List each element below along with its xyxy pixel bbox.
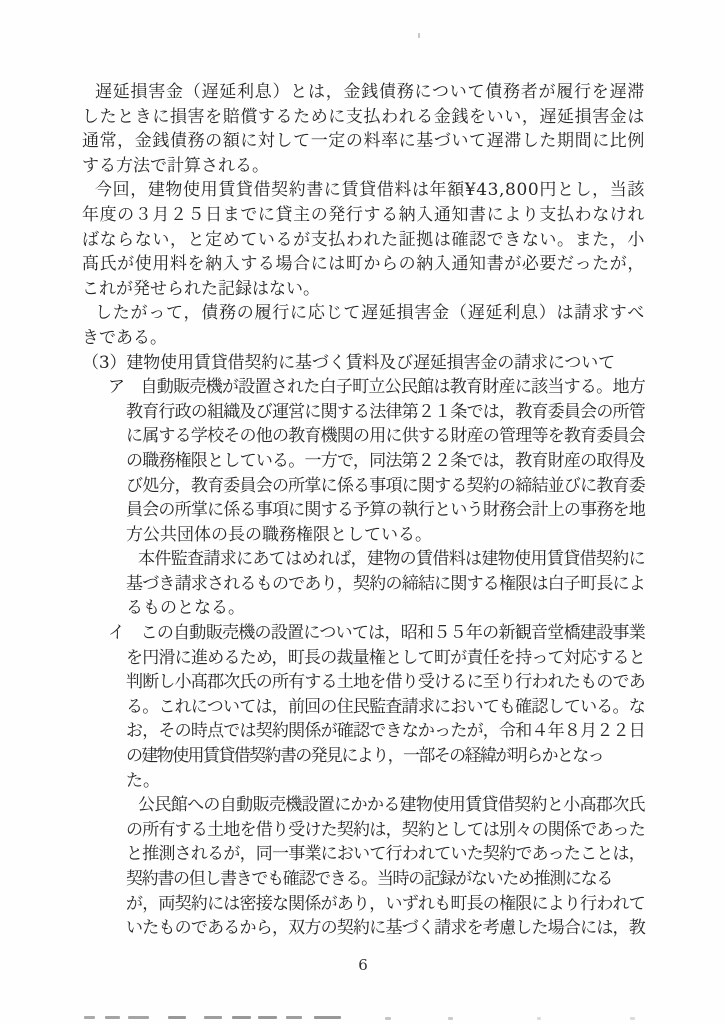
text-line: イ この自動販売機の設置については，昭和５５年の新観音堂橋建設事業 <box>82 621 662 646</box>
text-line: 髙氏が使用料を納入する場合には町からの納入通知書が必要だったが， <box>82 252 662 277</box>
scan-mark <box>128 1016 149 1019</box>
text-line: び処分，教育委員会の所掌に係る事項に関する契約の締結並びに教育委 <box>82 474 662 499</box>
text-line: の所有する土地を借り受けた契約は，契約としては別々の関係であった <box>82 818 662 843</box>
para-mayor-authority: 本件監査請求にあてはめれば，建物の賃借料は建物使用賃貸借契約に基づき請求されるも… <box>82 547 662 621</box>
scan-mark <box>258 1016 277 1019</box>
text-line: 判断し小髙郡次氏の所有する土地を借り受けるに至り行われたものであ <box>82 670 662 695</box>
scan-speck <box>418 33 420 38</box>
scan-mark <box>314 1016 341 1019</box>
text-line: 本件監査請求にあてはめれば，建物の賃借料は建物使用賃貸借契約に <box>82 547 662 572</box>
text-line: の建物使用賃貸借契約書の発見により，一部その経緯が明らかとなっ <box>82 744 662 769</box>
document-body: 遅延損害金（遅延利息）とは，金銭債務について債務者が履行を遅滞したときに損害を賠… <box>82 80 662 941</box>
text-line: したがって，債務の履行に応じて遅延損害金（遅延利息）は請求すべ <box>82 301 662 326</box>
scan-mark <box>537 1017 541 1020</box>
text-line: の職務権限としている。一方で，同法第２２条では，教育財産の取得及 <box>82 449 662 474</box>
text-line: 今回，建物使用賃貸借契約書に賃貸借料は年額¥43,800円とし，当該 <box>82 178 662 203</box>
text-line: きである。 <box>82 326 662 351</box>
text-line: るものとなる。 <box>82 596 662 621</box>
heading-section-3: （3）建物使用賃貸借契約に基づく賃料及び遅延損害金の請求について <box>82 351 662 376</box>
text-line: これが発せられた記録はない。 <box>82 277 662 302</box>
scanned-document-page: 遅延損害金（遅延利息）とは，金銭債務について債務者が履行を遅滞したときに損害を賠… <box>0 0 725 1024</box>
scan-mark <box>105 1016 120 1019</box>
scan-mark <box>385 1017 391 1020</box>
text-line: 基づき請求されるものであり，契約の締結に関する権限は白子町長によ <box>82 572 662 597</box>
text-line: を円滑に進めるため，町長の裁量権として町が責任を持って対応すると <box>82 646 662 671</box>
text-line: に属する学校その他の教育機関の用に供する財産の管理等を教育委員会 <box>82 424 662 449</box>
text-line: したときに損害を賠償するために支払われる金銭をいい，遅延損害金は <box>82 105 662 130</box>
text-line: 公民館への自動販売機設置にかかる建物使用賃貸借契約と小髙郡次氏 <box>82 793 662 818</box>
heading-line: （3）建物使用賃貸借契約に基づく賃料及び遅延損害金の請求について <box>82 351 662 376</box>
scan-mark <box>630 1017 635 1020</box>
text-line: する方法で計算される。 <box>82 154 662 179</box>
text-line: いたものであるから，双方の契約に基づく請求を考慮した場合には，教 <box>82 916 662 941</box>
text-line: 遅延損害金（遅延利息）とは，金銭債務について債務者が履行を遅滞 <box>82 80 662 105</box>
text-line: 教育行政の組織及び運営に関する法律第２１条では，教育委員会の所管 <box>82 400 662 425</box>
text-line: お，その時点では契約関係が確認できなかったが，令和４年８月２２日 <box>82 719 662 744</box>
para-rent-payment-evidence: 今回，建物使用賃貸借契約書に賃貸借料は年額¥43,800円とし，当該年度の３月２… <box>82 178 662 301</box>
text-line: 契約書の但し書きでも確認できる。当時の記録がないため推測になる <box>82 867 662 892</box>
text-line: 年度の３月２５日までに貸主の発行する納入通知書により支払わなけれ <box>82 203 662 228</box>
text-line: ばならない，と定めているが支払われた証拠は確認できない。また，小 <box>82 228 662 253</box>
text-line: ア 自動販売機が設置された白子町立公民館は教育財産に該当する。地方 <box>82 375 662 400</box>
scan-mark <box>286 1016 302 1019</box>
scan-mark <box>168 1016 186 1019</box>
text-line: 方公共団体の長の職務権限としている。 <box>82 523 662 548</box>
scan-mark <box>448 1017 453 1020</box>
scan-mark <box>204 1016 222 1019</box>
para-two-contracts-relation: 公民館への自動販売機設置にかかる建物使用賃貸借契約と小髙郡次氏の所有する土地を借… <box>82 793 662 941</box>
text-line: た。 <box>82 769 662 794</box>
text-line: と推測されるが，同一事業において行われていた契約であったことは， <box>82 842 662 867</box>
page-number: 6 <box>82 956 645 974</box>
para-delay-damages-definition: 遅延損害金（遅延利息）とは，金銭債務について債務者が履行を遅滞したときに損害を賠… <box>82 80 662 178</box>
text-line: る。これについては，前回の住民監査請求においても確認している。な <box>82 695 662 720</box>
scan-mark <box>84 1016 95 1019</box>
text-line: が，両契約には密接な関係があり，いずれも町長の権限により行われて <box>82 892 662 917</box>
item-i-vending-machine-history: イ この自動販売機の設置については，昭和５５年の新観音堂橋建設事業を円滑に進める… <box>82 621 662 793</box>
text-line: 通常，金銭債務の額に対して一定の料率に基づいて遅滞した期間に比例 <box>82 129 662 154</box>
text-line: 員会の所掌に係る事項に関する予算の執行という財務会計上の事務を地 <box>82 498 662 523</box>
para-conclusion-claim-damages: したがって，債務の履行に応じて遅延損害金（遅延利息）は請求すべきである。 <box>82 301 662 350</box>
item-a-educational-property: ア 自動販売機が設置された白子町立公民館は教育財産に該当する。地方教育行政の組織… <box>82 375 662 547</box>
scan-mark <box>232 1016 251 1019</box>
